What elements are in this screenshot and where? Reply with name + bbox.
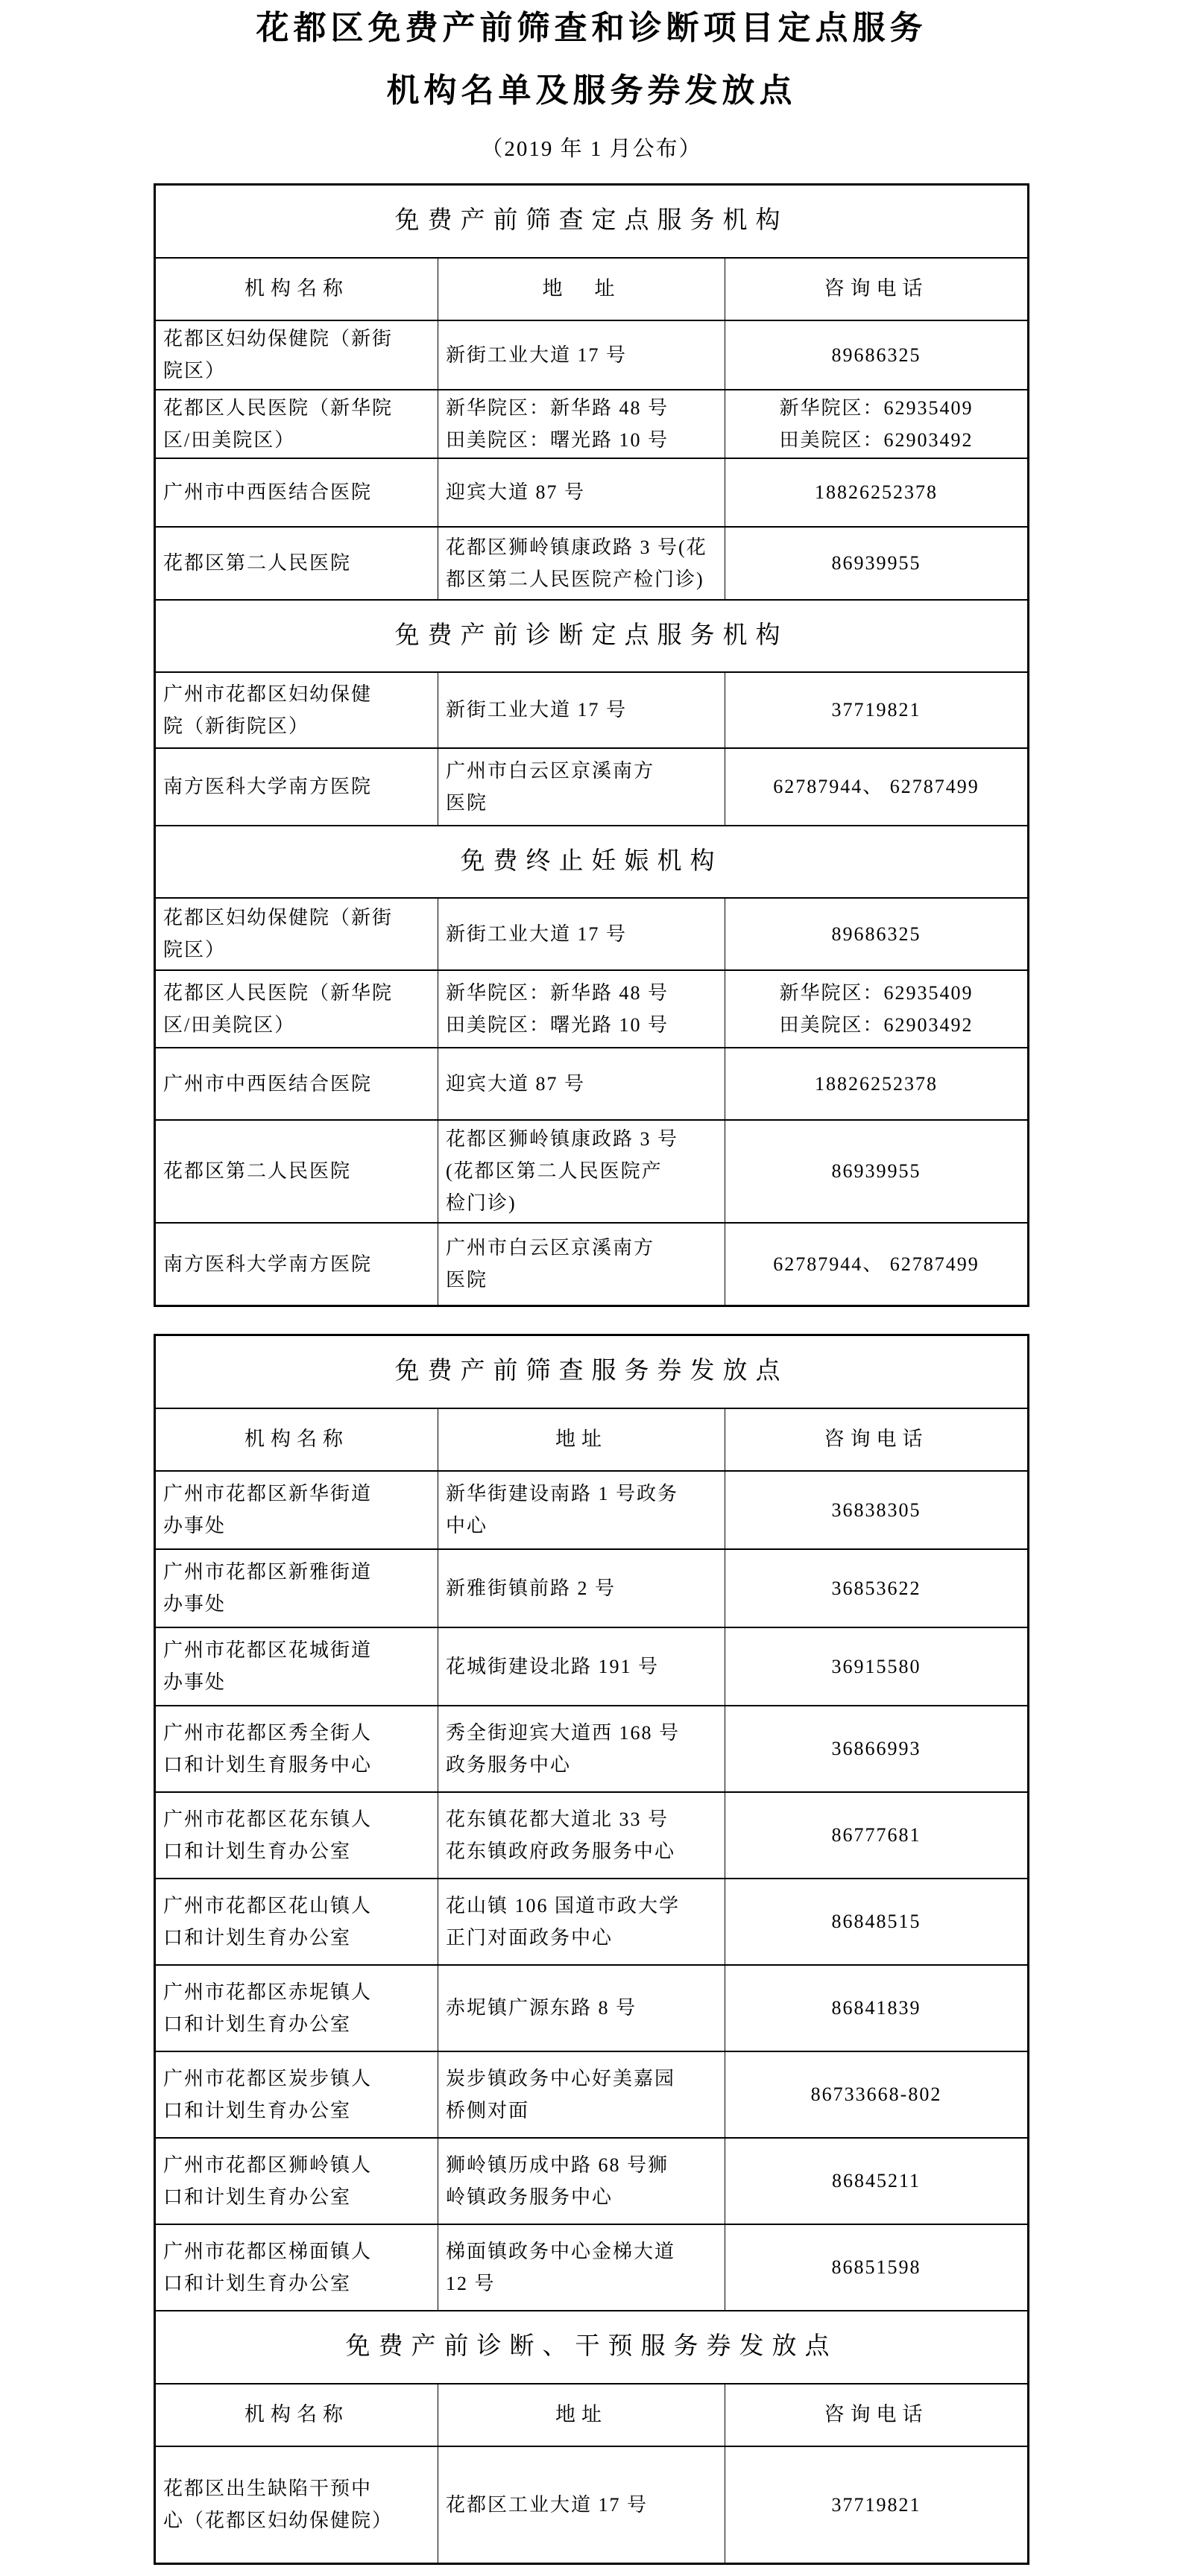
voucher-distribution-table: 免费产前筛查服务券发放点 机构名称 地址 咨询电话 广州市花都区新华街道 办事处… <box>154 1334 1029 2565</box>
cell-phone: 62787944、 62787499 <box>725 748 1028 826</box>
cell-address: 新街工业大道 17 号 <box>438 320 725 390</box>
cell-institution-name: 广州市花都区花山镇人 口和计划生育办公室 <box>154 1879 438 1965</box>
section-title-diagnosis-voucher: 免费产前诊断、干预服务券发放点 <box>154 2311 1028 2384</box>
table-row: 广州市花都区妇幼保健 院（新街院区） 新街工业大道 17 号 37719821 <box>154 672 1028 748</box>
cell-phone: 36866993 <box>725 1706 1028 1792</box>
cell-institution-name: 花都区妇幼保健院（新街 院区） <box>154 898 438 970</box>
table-row: 南方医科大学南方医院 广州市白云区京溪南方 医院 62787944、 62787… <box>154 748 1028 826</box>
document-page: 花都区免费产前筛查和诊断项目定点服务 机构名单及服务券发放点 （2019 年 1… <box>0 0 1183 2576</box>
column-header-row: 机构名称 地址 咨询电话 <box>154 2384 1028 2446</box>
column-header-row: 机构名称 地 址 咨询电话 <box>154 258 1028 320</box>
cell-phone: 36915580 <box>725 1627 1028 1706</box>
column-header-name: 机构名称 <box>154 2384 438 2446</box>
section-header-row: 免费终止妊娠机构 <box>154 826 1028 898</box>
cell-institution-name: 花都区妇幼保健院（新街 院区） <box>154 320 438 390</box>
table-row: 花都区妇幼保健院（新街 院区） 新街工业大道 17 号 89686325 <box>154 898 1028 970</box>
section-title-prenatal-screening: 免费产前筛查定点服务机构 <box>154 185 1028 258</box>
cell-address: 花都区工业大道 17 号 <box>438 2446 725 2564</box>
cell-address: 炭步镇政务中心好美嘉园 桥侧对面 <box>438 2051 725 2138</box>
cell-phone: 37719821 <box>725 2446 1028 2564</box>
table-row: 花都区人民医院（新华院 区/田美院区） 新华院区：新华路 48 号 田美院区：曙… <box>154 970 1028 1048</box>
cell-address: 梯面镇政务中心金梯大道 12 号 <box>438 2224 725 2311</box>
table-row: 花都区人民医院（新华院 区/田美院区） 新华院区：新华路 48 号 田美院区：曙… <box>154 390 1028 458</box>
cell-institution-name: 广州市花都区狮岭镇人 口和计划生育办公室 <box>154 2138 438 2224</box>
cell-address: 广州市白云区京溪南方 医院 <box>438 748 725 826</box>
cell-address: 广州市白云区京溪南方 医院 <box>438 1223 725 1306</box>
cell-address: 花山镇 106 国道市政大学 正门对面政务中心 <box>438 1879 725 1965</box>
table-row: 广州市花都区秀全街人 口和计划生育服务中心 秀全街迎宾大道西 168 号 政务服… <box>154 1706 1028 1792</box>
cell-institution-name: 花都区人民医院（新华院 区/田美院区） <box>154 390 438 458</box>
cell-institution-name: 广州市花都区花东镇人 口和计划生育办公室 <box>154 1792 438 1879</box>
table-row: 花都区第二人民医院 花都区狮岭镇康政路 3 号 (花都区第二人民医院产 检门诊)… <box>154 1120 1028 1223</box>
section-header-row: 免费产前筛查定点服务机构 <box>154 185 1028 258</box>
table-row: 广州市中西医结合医院 迎宾大道 87 号 18826252378 <box>154 458 1028 527</box>
section-title-prenatal-diagnosis: 免费产前诊断定点服务机构 <box>154 600 1028 672</box>
cell-address: 花都区狮岭镇康政路 3 号(花 都区第二人民医院产检门诊) <box>438 527 725 600</box>
cell-institution-name: 广州市中西医结合医院 <box>154 1048 438 1120</box>
column-header-phone: 咨询电话 <box>725 2384 1028 2446</box>
table-row: 广州市花都区梯面镇人 口和计划生育办公室 梯面镇政务中心金梯大道 12 号 86… <box>154 2224 1028 2311</box>
column-header-phone: 咨询电话 <box>725 1408 1028 1471</box>
cell-institution-name: 广州市花都区梯面镇人 口和计划生育办公室 <box>154 2224 438 2311</box>
cell-phone: 36853622 <box>725 1549 1028 1627</box>
cell-institution-name: 花都区第二人民医院 <box>154 1120 438 1223</box>
cell-institution-name: 南方医科大学南方医院 <box>154 1223 438 1306</box>
section-header-row: 免费产前诊断、干预服务券发放点 <box>154 2311 1028 2384</box>
table-row: 广州市中西医结合医院 迎宾大道 87 号 18826252378 <box>154 1048 1028 1120</box>
cell-institution-name: 广州市花都区花城街道 办事处 <box>154 1627 438 1706</box>
cell-address: 新街工业大道 17 号 <box>438 672 725 748</box>
column-header-name: 机构名称 <box>154 258 438 320</box>
cell-institution-name: 广州市花都区妇幼保健 院（新街院区） <box>154 672 438 748</box>
table-row: 广州市花都区花山镇人 口和计划生育办公室 花山镇 106 国道市政大学 正门对面… <box>154 1879 1028 1965</box>
cell-phone: 86841839 <box>725 1965 1028 2051</box>
cell-institution-name: 广州市花都区秀全街人 口和计划生育服务中心 <box>154 1706 438 1792</box>
cell-address: 赤坭镇广源东路 8 号 <box>438 1965 725 2051</box>
service-institutions-table: 免费产前筛查定点服务机构 机构名称 地 址 咨询电话 花都区妇幼保健院（新街 院… <box>154 183 1029 1307</box>
column-header-address: 地 址 <box>438 258 725 320</box>
column-header-address: 地址 <box>438 2384 725 2446</box>
section-title-pregnancy-termination: 免费终止妊娠机构 <box>154 826 1028 898</box>
cell-phone: 89686325 <box>725 898 1028 970</box>
cell-phone: 86851598 <box>725 2224 1028 2311</box>
cell-address: 迎宾大道 87 号 <box>438 1048 725 1120</box>
page-title-line2: 机构名单及服务券发放点 <box>0 72 1183 110</box>
cell-phone: 86939955 <box>725 1120 1028 1223</box>
cell-phone: 86939955 <box>725 527 1028 600</box>
cell-phone: 18826252378 <box>725 1048 1028 1120</box>
cell-phone: 37719821 <box>725 672 1028 748</box>
cell-phone: 36838305 <box>725 1471 1028 1549</box>
publish-date-note: （2019 年 1 月公布） <box>0 136 1183 162</box>
cell-address: 花东镇花都大道北 33 号 花东镇政府政务服务中心 <box>438 1792 725 1879</box>
cell-address: 狮岭镇历成中路 68 号狮 岭镇政务服务中心 <box>438 2138 725 2224</box>
table-row: 花都区妇幼保健院（新街 院区） 新街工业大道 17 号 89686325 <box>154 320 1028 390</box>
cell-address: 花城街建设北路 191 号 <box>438 1627 725 1706</box>
table-row: 南方医科大学南方医院 广州市白云区京溪南方 医院 62787944、 62787… <box>154 1223 1028 1306</box>
column-header-name: 机构名称 <box>154 1408 438 1471</box>
cell-address: 迎宾大道 87 号 <box>438 458 725 527</box>
cell-institution-name: 广州市花都区新雅街道 办事处 <box>154 1549 438 1627</box>
cell-phone: 62787944、 62787499 <box>725 1223 1028 1306</box>
table-row: 花都区第二人民医院 花都区狮岭镇康政路 3 号(花 都区第二人民医院产检门诊) … <box>154 527 1028 600</box>
cell-phone: 89686325 <box>725 320 1028 390</box>
cell-address: 新华街建设南路 1 号政务 中心 <box>438 1471 725 1549</box>
cell-phone: 新华院区：62935409 田美院区：62903492 <box>725 970 1028 1048</box>
table-row: 广州市花都区赤坭镇人 口和计划生育办公室 赤坭镇广源东路 8 号 8684183… <box>154 1965 1028 2051</box>
cell-phone: 86848515 <box>725 1879 1028 1965</box>
cell-address: 新华院区：新华路 48 号 田美院区：曙光路 10 号 <box>438 970 725 1048</box>
cell-address: 秀全街迎宾大道西 168 号 政务服务中心 <box>438 1706 725 1792</box>
cell-phone: 新华院区：62935409 田美院区：62903492 <box>725 390 1028 458</box>
column-header-row: 机构名称 地址 咨询电话 <box>154 1408 1028 1471</box>
cell-phone: 18826252378 <box>725 458 1028 527</box>
section-header-row: 免费产前筛查服务券发放点 <box>154 1335 1028 1408</box>
cell-address: 新雅街镇前路 2 号 <box>438 1549 725 1627</box>
table-row: 花都区出生缺陷干预中 心（花都区妇幼保健院） 花都区工业大道 17 号 3771… <box>154 2446 1028 2564</box>
section-title-screening-voucher: 免费产前筛查服务券发放点 <box>154 1335 1028 1408</box>
column-header-phone: 咨询电话 <box>725 258 1028 320</box>
cell-phone: 86845211 <box>725 2138 1028 2224</box>
cell-institution-name: 广州市花都区炭步镇人 口和计划生育办公室 <box>154 2051 438 2138</box>
table-row: 广州市花都区花东镇人 口和计划生育办公室 花东镇花都大道北 33 号 花东镇政府… <box>154 1792 1028 1879</box>
table-row: 广州市花都区新雅街道 办事处 新雅街镇前路 2 号 36853622 <box>154 1549 1028 1627</box>
cell-phone: 86777681 <box>725 1792 1028 1879</box>
cell-institution-name: 花都区出生缺陷干预中 心（花都区妇幼保健院） <box>154 2446 438 2564</box>
table-row: 广州市花都区炭步镇人 口和计划生育办公室 炭步镇政务中心好美嘉园 桥侧对面 86… <box>154 2051 1028 2138</box>
cell-institution-name: 花都区人民医院（新华院 区/田美院区） <box>154 970 438 1048</box>
cell-phone: 86733668-802 <box>725 2051 1028 2138</box>
section-header-row: 免费产前诊断定点服务机构 <box>154 600 1028 672</box>
table-row: 广州市花都区新华街道 办事处 新华街建设南路 1 号政务 中心 36838305 <box>154 1471 1028 1549</box>
column-header-address: 地址 <box>438 1408 725 1471</box>
cell-institution-name: 广州市花都区赤坭镇人 口和计划生育办公室 <box>154 1965 438 2051</box>
cell-address: 新华院区：新华路 48 号 田美院区：曙光路 10 号 <box>438 390 725 458</box>
cell-institution-name: 广州市中西医结合医院 <box>154 458 438 527</box>
page-title-line1: 花都区免费产前筛查和诊断项目定点服务 <box>0 9 1183 48</box>
table-row: 广州市花都区花城街道 办事处 花城街建设北路 191 号 36915580 <box>154 1627 1028 1706</box>
cell-address: 花都区狮岭镇康政路 3 号 (花都区第二人民医院产 检门诊) <box>438 1120 725 1223</box>
cell-institution-name: 花都区第二人民医院 <box>154 527 438 600</box>
table-row: 广州市花都区狮岭镇人 口和计划生育办公室 狮岭镇历成中路 68 号狮 岭镇政务服… <box>154 2138 1028 2224</box>
cell-institution-name: 南方医科大学南方医院 <box>154 748 438 826</box>
cell-address: 新街工业大道 17 号 <box>438 898 725 970</box>
cell-institution-name: 广州市花都区新华街道 办事处 <box>154 1471 438 1549</box>
